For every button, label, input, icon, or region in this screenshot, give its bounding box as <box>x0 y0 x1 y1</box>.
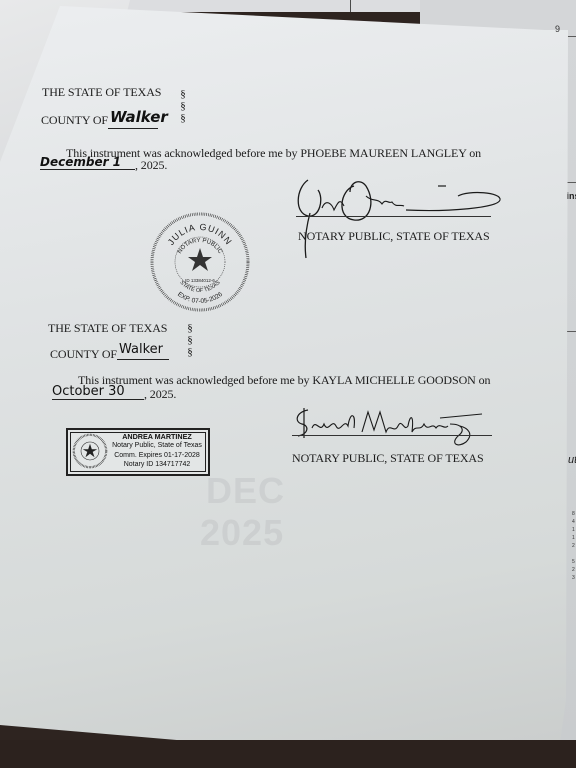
notary-seal-rectangular: ANDREA MARTINEZ Notary Public, State of … <box>66 428 210 476</box>
date-underline <box>52 399 144 400</box>
page-number: 9 <box>555 24 560 34</box>
notary-seal-round: JULIA GUINN NOTARY PUBLIC STATE OF TEXAS… <box>150 212 250 312</box>
date-underline <box>40 169 135 170</box>
table-surface <box>0 740 576 768</box>
county-label: COUNTY OF <box>50 347 117 362</box>
background-paper-edge <box>350 0 351 12</box>
notary-page: DEC 2025 THE STATE OF TEXAS § § § COUNTY… <box>0 0 576 768</box>
side-digits: 8 4 1 1 2 5 2 3 <box>572 510 575 582</box>
county-underline <box>108 128 158 129</box>
county-label: COUNTY OF <box>41 113 108 128</box>
date-handwritten: October 30 <box>52 384 125 399</box>
notary-title: NOTARY PUBLIC, STATE OF TEXAS <box>292 451 484 466</box>
state-line: THE STATE OF TEXAS <box>42 85 161 100</box>
star-icon <box>83 444 97 458</box>
signature-line <box>292 435 492 436</box>
svg-text:ID 13384012-6: ID 13384012-6 <box>185 278 215 283</box>
signature-line <box>296 216 491 217</box>
star-icon <box>188 248 212 271</box>
stamp-notary-name: ANDREA MARTINEZ <box>108 432 206 441</box>
notary-signature-2 <box>290 404 500 450</box>
stamp-notary-id: Notary ID 134717742 <box>108 460 206 469</box>
bleed-through-text: 2025 <box>200 512 284 554</box>
notary-title: NOTARY PUBLIC, STATE OF TEXAS <box>298 229 490 244</box>
side-fragment-text: ut <box>568 454 576 466</box>
county-handwritten: Walker <box>119 342 163 357</box>
stamp-notary-title: Notary Public, State of Texas <box>108 441 206 450</box>
acknowledgment-statement: This instrument was acknowledged before … <box>78 373 490 388</box>
section-marks: § § § <box>178 88 188 124</box>
year-text: , 2025. <box>144 387 176 402</box>
county-underline <box>117 359 169 360</box>
stamp-commission: Comm. Expires 01-17-2028 <box>108 451 206 460</box>
state-line: THE STATE OF TEXAS <box>48 321 167 336</box>
bleed-through-text: DEC <box>206 470 285 512</box>
year-text: , 2025. <box>135 158 167 173</box>
county-handwritten: Walker <box>110 108 168 126</box>
section-marks: § § § <box>185 322 195 358</box>
texas-seal-icon <box>72 433 108 469</box>
acknowledgment-statement: This instrument was acknowledged before … <box>66 146 481 161</box>
date-handwritten: December 1 <box>40 155 121 169</box>
